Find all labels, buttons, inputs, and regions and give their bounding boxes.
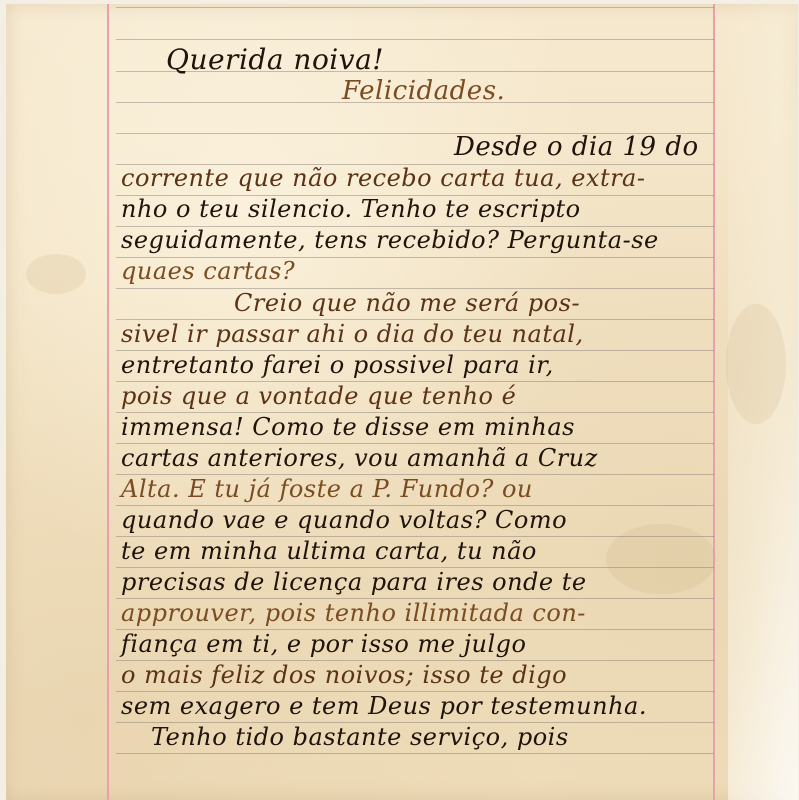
rule-line <box>116 39 714 40</box>
letter-line: Alta. E tu já foste a P. Fundo? ou <box>121 477 533 501</box>
greeting: Felicidades. <box>342 78 505 104</box>
letter-line: o mais feliz dos noivos; isso te digo <box>121 663 567 687</box>
letter-line: sem exagero e tem Deus por testemunha. <box>121 694 647 718</box>
salutation: Querida noiva! <box>166 46 384 74</box>
letter-line: cartas anteriores, vou amanhã a Cruz <box>121 446 598 470</box>
letter-line: quando vae e quando voltas? Como <box>121 508 567 532</box>
letter-line: quaes cartas? <box>121 259 295 283</box>
letter-line: precisas de licença para ires onde te <box>121 570 587 594</box>
paper-stain <box>606 524 716 594</box>
letter-line: Tenho tido bastante serviço, pois <box>151 725 569 749</box>
letter-line: te em minha ultima carta, tu não <box>121 539 537 563</box>
letter-line: corrente que não recebo carta tua, extra… <box>121 166 645 190</box>
rule-line <box>116 753 714 754</box>
paper-stain <box>726 304 786 424</box>
paper-stain <box>26 254 86 294</box>
letter-line: Desde o dia 19 do <box>454 134 699 160</box>
left-margin-line <box>107 4 109 800</box>
right-margin-line <box>713 4 715 800</box>
letter-line: fiança em ti, e por isso me julgo <box>121 632 526 656</box>
letter-line: seguidamente, tens recebido? Pergunta-se <box>121 228 659 252</box>
letter-line: immensa! Como te disse em minhas <box>121 415 575 439</box>
letter-line: sivel ir passar ahi o dia do teu natal, <box>121 322 584 346</box>
letter-line: entretanto farei o possivel para ir, <box>121 353 554 377</box>
letter-line: pois que a vontade que tenho é <box>121 384 516 408</box>
letter-page: Querida noiva! Felicidades. Desde o dia … <box>6 4 798 800</box>
letter-line: nho o teu silencio. Tenho te escripto <box>121 197 581 221</box>
letter-line: Creio que não me será pos- <box>234 291 580 315</box>
rule-line <box>116 7 714 8</box>
letter-line: approuver, pois tenho illimitada con- <box>121 601 586 625</box>
